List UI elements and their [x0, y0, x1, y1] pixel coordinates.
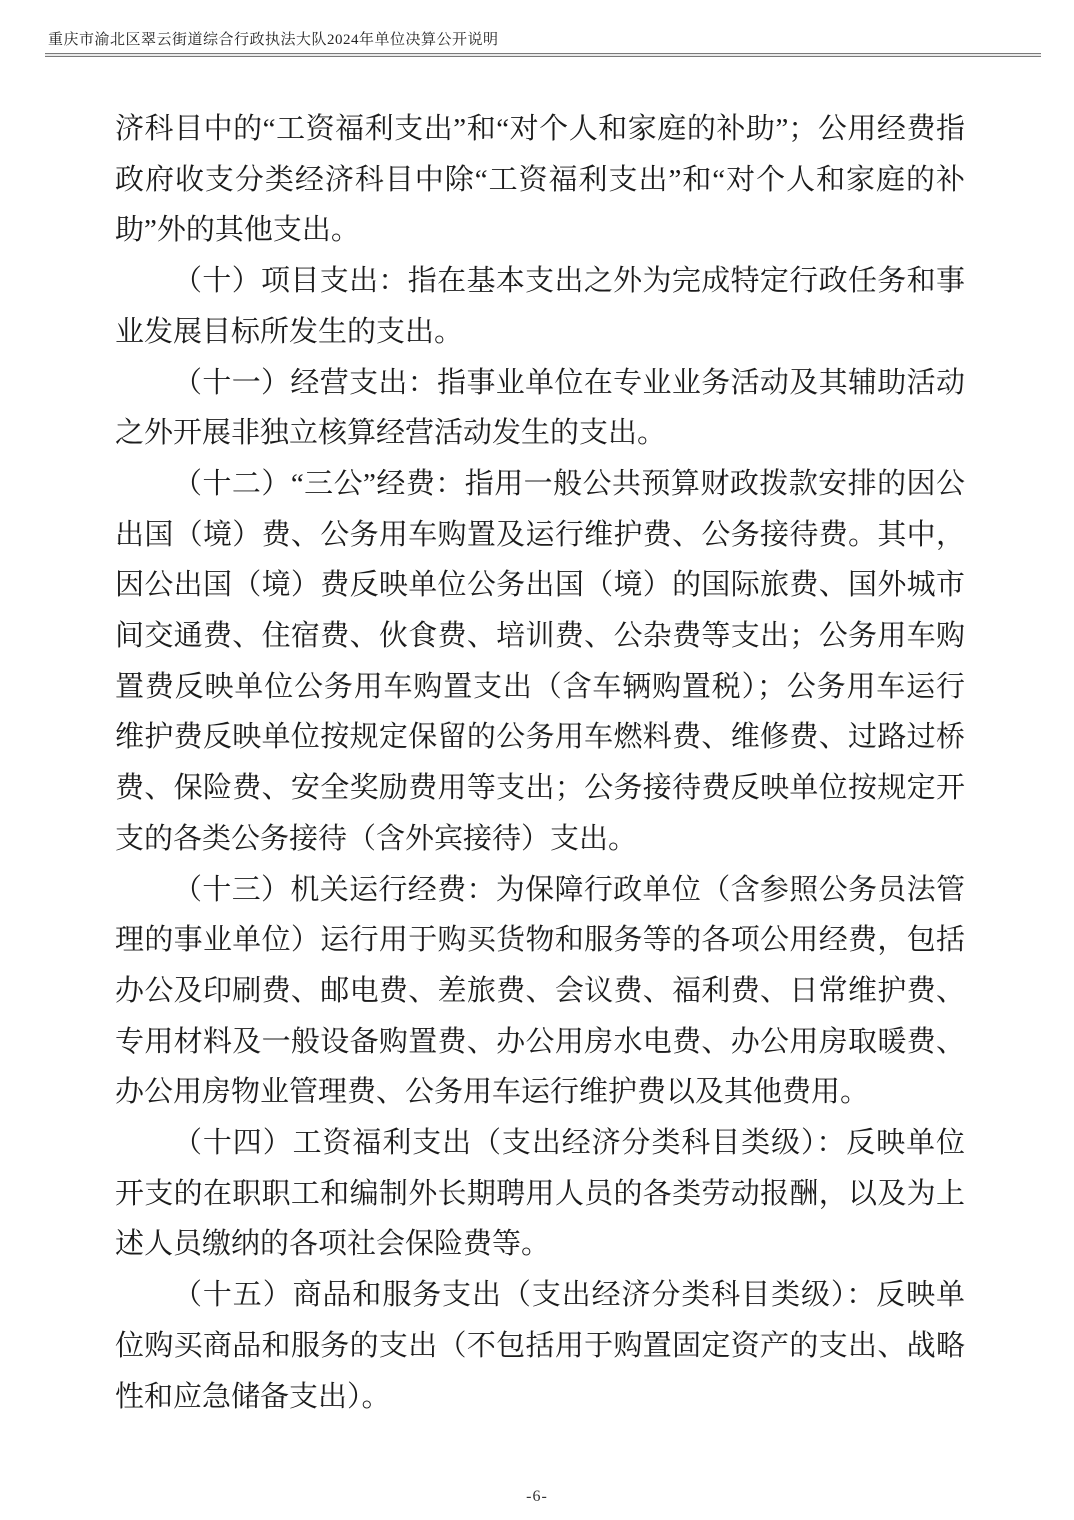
- paragraph: （十四）工资福利支出（支出经济分类科目类级）：反映单位开支的在职职工和编制外长期…: [115, 1118, 965, 1270]
- paragraph: 济科目中的“工资福利支出”和“对个人和家庭的补助”；公用经费指政府收支分类经济科…: [115, 104, 965, 256]
- paragraph: （十三）机关运行经费：为保障行政单位（含参照公务员法管理的事业单位）运行用于购买…: [115, 865, 965, 1119]
- page-number: -6-: [526, 1488, 548, 1505]
- document-header-title: 重庆市渝北区翠云街道综合行政执法大队2024年单位决算公开说明: [48, 30, 499, 50]
- page-footer: -6-: [0, 1488, 1074, 1506]
- paragraph: （十五）商品和服务支出（支出经济分类科目类级）：反映单位购买商品和服务的支出（不…: [115, 1270, 965, 1422]
- paragraph: （十）项目支出：指在基本支出之外为完成特定行政任务和事业发展目标所发生的支出。: [115, 256, 965, 357]
- document-page: 重庆市渝北区翠云街道综合行政执法大队2024年单位决算公开说明 济科目中的“工资…: [0, 0, 1074, 1520]
- header-rule: [45, 53, 1041, 57]
- paragraph: （十二）“三公”经费：指用一般公共预算财政拨款安排的因公出国（境）费、公务用车购…: [115, 459, 965, 865]
- paragraph: （十一）经营支出：指事业单位在专业业务活动及其辅助活动之外开展非独立核算经营活动…: [115, 358, 965, 459]
- document-body: 济科目中的“工资福利支出”和“对个人和家庭的补助”；公用经费指政府收支分类经济科…: [115, 104, 965, 1422]
